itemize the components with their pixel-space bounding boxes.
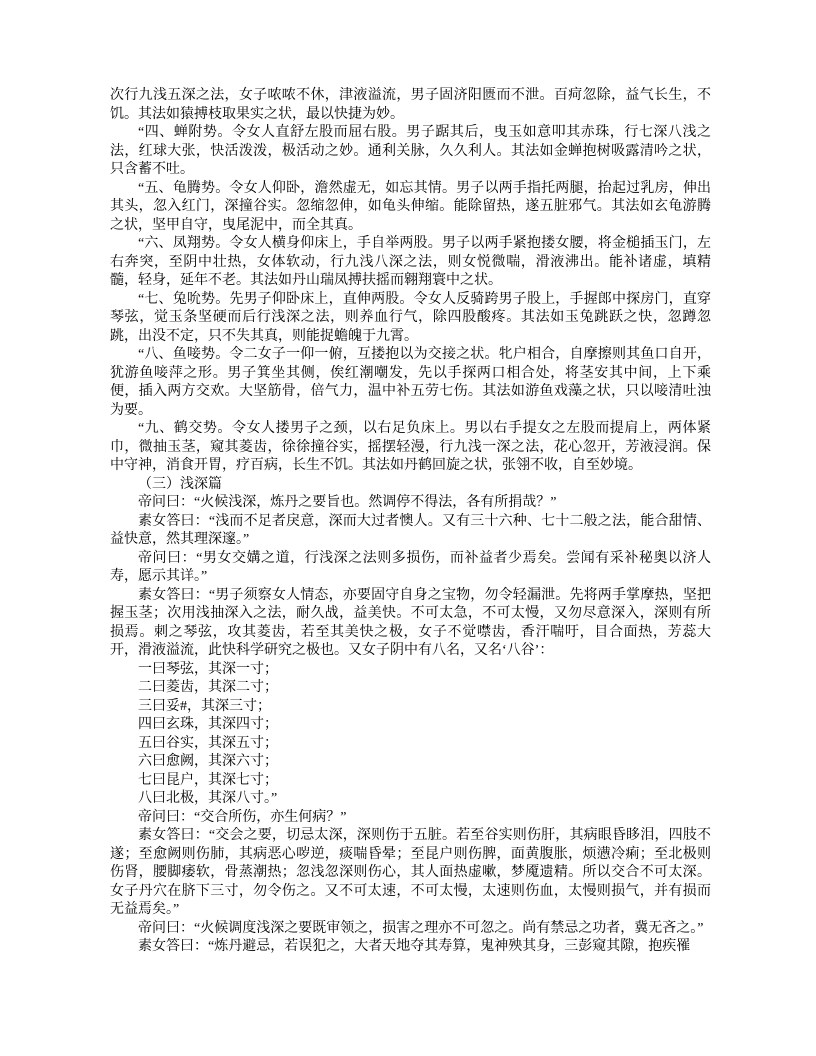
list-item: 八曰北极，其深八寸。” bbox=[110, 790, 711, 809]
paragraph-cutoff: 素女答曰：“炼丹避忌，若误犯之，大者天地夺其寿算，鬼神殃其身，三彭窥其隙，抱疾罹 bbox=[110, 938, 711, 957]
paragraph: 素女答曰：“男子须察女人情态，亦要固守自身之宝物，勿令轻漏泄。先将两手掌摩热，坚… bbox=[110, 587, 711, 661]
paragraph: 帝问曰：“火候调度浅深之要既审领之，损害之理亦不可忽之。尚有禁忌之功者，冀无吝之… bbox=[110, 920, 711, 939]
paragraph: “六、凤翔势。令女人横身仰床上，手自举两股。男子以两手紧抱搂女腰，将金槌插玉门，… bbox=[110, 235, 711, 291]
list-item: 七曰昆户，其深七寸； bbox=[110, 772, 711, 791]
paragraph: 帝问曰：“火候浅深，炼丹之要旨也。然调停不得法，各有所捐哉？” bbox=[110, 494, 711, 513]
paragraph: “八、鱼唼势。令二女子一仰一俯，互搂抱以为交接之状。牝户相合，自摩擦则其鱼口自开… bbox=[110, 346, 711, 420]
list-item: 二曰菱齿，其深二寸； bbox=[110, 679, 711, 698]
text-block: 次行九浅五深之法，女子哝哝不休，津液溢流，男子固济阳匮而不泄。百疴忽除，益气长生… bbox=[110, 87, 711, 957]
document-page: 次行九浅五深之法，女子哝哝不休，津液溢流，男子固济阳匮而不泄。百疴忽除，益气长生… bbox=[0, 0, 816, 1056]
paragraph: “五、龟腾势。令女人仰卧，澹然虚无，如忘其情。男子以两手指托两腿，抬起过乳房，伸… bbox=[110, 180, 711, 236]
list-item: 一曰琴弦，其深一寸； bbox=[110, 661, 711, 680]
paragraph: 帝问曰：“交合所伤，亦生何病？” bbox=[110, 809, 711, 828]
paragraph: “四、蝉附势。令女人直舒左股而屈右股。男子踞其后，曳玉如意叩其赤珠，行七深八浅之… bbox=[110, 124, 711, 180]
paragraph-continuation: 次行九浅五深之法，女子哝哝不休，津液溢流，男子固济阳匮而不泄。百疴忽除，益气长生… bbox=[110, 87, 711, 124]
list-item: 六曰愈阙，其深六寸； bbox=[110, 753, 711, 772]
list-item: 四曰玄珠，其深四寸； bbox=[110, 716, 711, 735]
paragraph: “七、兔吮势。先男子仰卧床上，直伸两股。令女人反骑跨男子股上，手握郎中探房门，直… bbox=[110, 291, 711, 347]
section-heading: （三）浅深篇 bbox=[110, 476, 711, 495]
list-item: 三曰妥#，其深三寸； bbox=[110, 698, 711, 717]
paragraph: “九、鹤交势。令女人搂男子之颈，以右足负床上。男以右手提女之左股而提肩上，两体紧… bbox=[110, 420, 711, 476]
paragraph: 素女答曰：“浅而不足者戾意，深而大过者懊人。又有三十六种、七十二般之法，能合甜情… bbox=[110, 513, 711, 550]
list-item: 五曰谷实，其深五寸； bbox=[110, 735, 711, 754]
paragraph: 素女答曰：“交会之要，切忌太深，深则伤于五脏。若至谷实则伤肝，其病眼昏眵泪，四肢… bbox=[110, 827, 711, 920]
paragraph: 帝问曰：“男女交媾之道，行浅深之法则多损伤，而补益者少焉矣。尝闻有采补秘奥以济人… bbox=[110, 550, 711, 587]
